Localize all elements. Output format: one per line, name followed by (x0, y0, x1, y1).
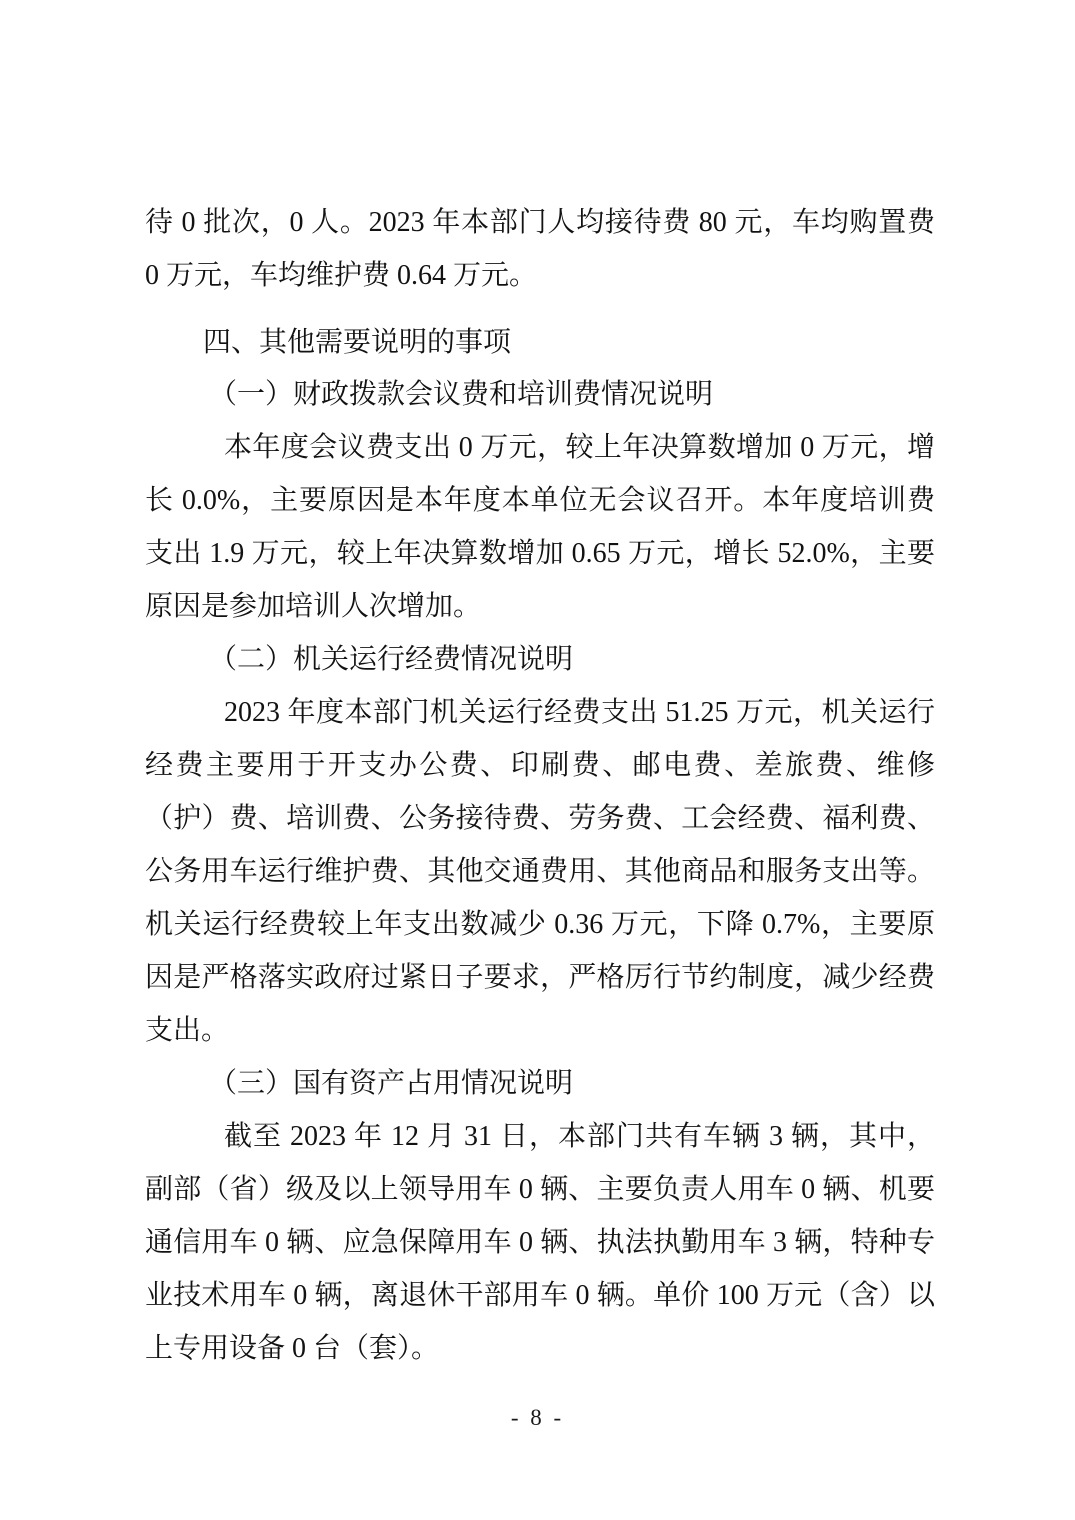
subsection-heading-state-assets: （三）国有资产占用情况说明 (145, 1057, 935, 1110)
section-heading-other-matters: 四、其他需要说明的事项 (145, 315, 935, 368)
paragraph-state-assets: 截至 2023 年 12 月 31 日，本部门共有车辆 3 辆，其中，副部（省）… (145, 1110, 935, 1375)
page-number: - 8 - (0, 1398, 1075, 1438)
document-page: 待 0 批次，0 人。2023 年本部门人均接待费 80 元，车均购置费 0 万… (0, 0, 1075, 1520)
paragraph-operating-expenses: 2023 年度本部门机关运行经费支出 51.25 万元，机关运行经费主要用于开支… (145, 686, 935, 1057)
document-body: 待 0 批次，0 人。2023 年本部门人均接待费 80 元，车均购置费 0 万… (145, 196, 935, 1375)
subsection-heading-operating-expenses: （二）机关运行经费情况说明 (145, 633, 935, 686)
subsection-heading-meeting-training-fees: （一）财政拨款会议费和培训费情况说明 (145, 368, 935, 421)
paragraph-meeting-training-fees: 本年度会议费支出 0 万元，较上年决算数增加 0 万元，增长 0.0%，主要原因… (145, 421, 935, 633)
paragraph-continuation: 待 0 批次，0 人。2023 年本部门人均接待费 80 元，车均购置费 0 万… (145, 196, 935, 302)
